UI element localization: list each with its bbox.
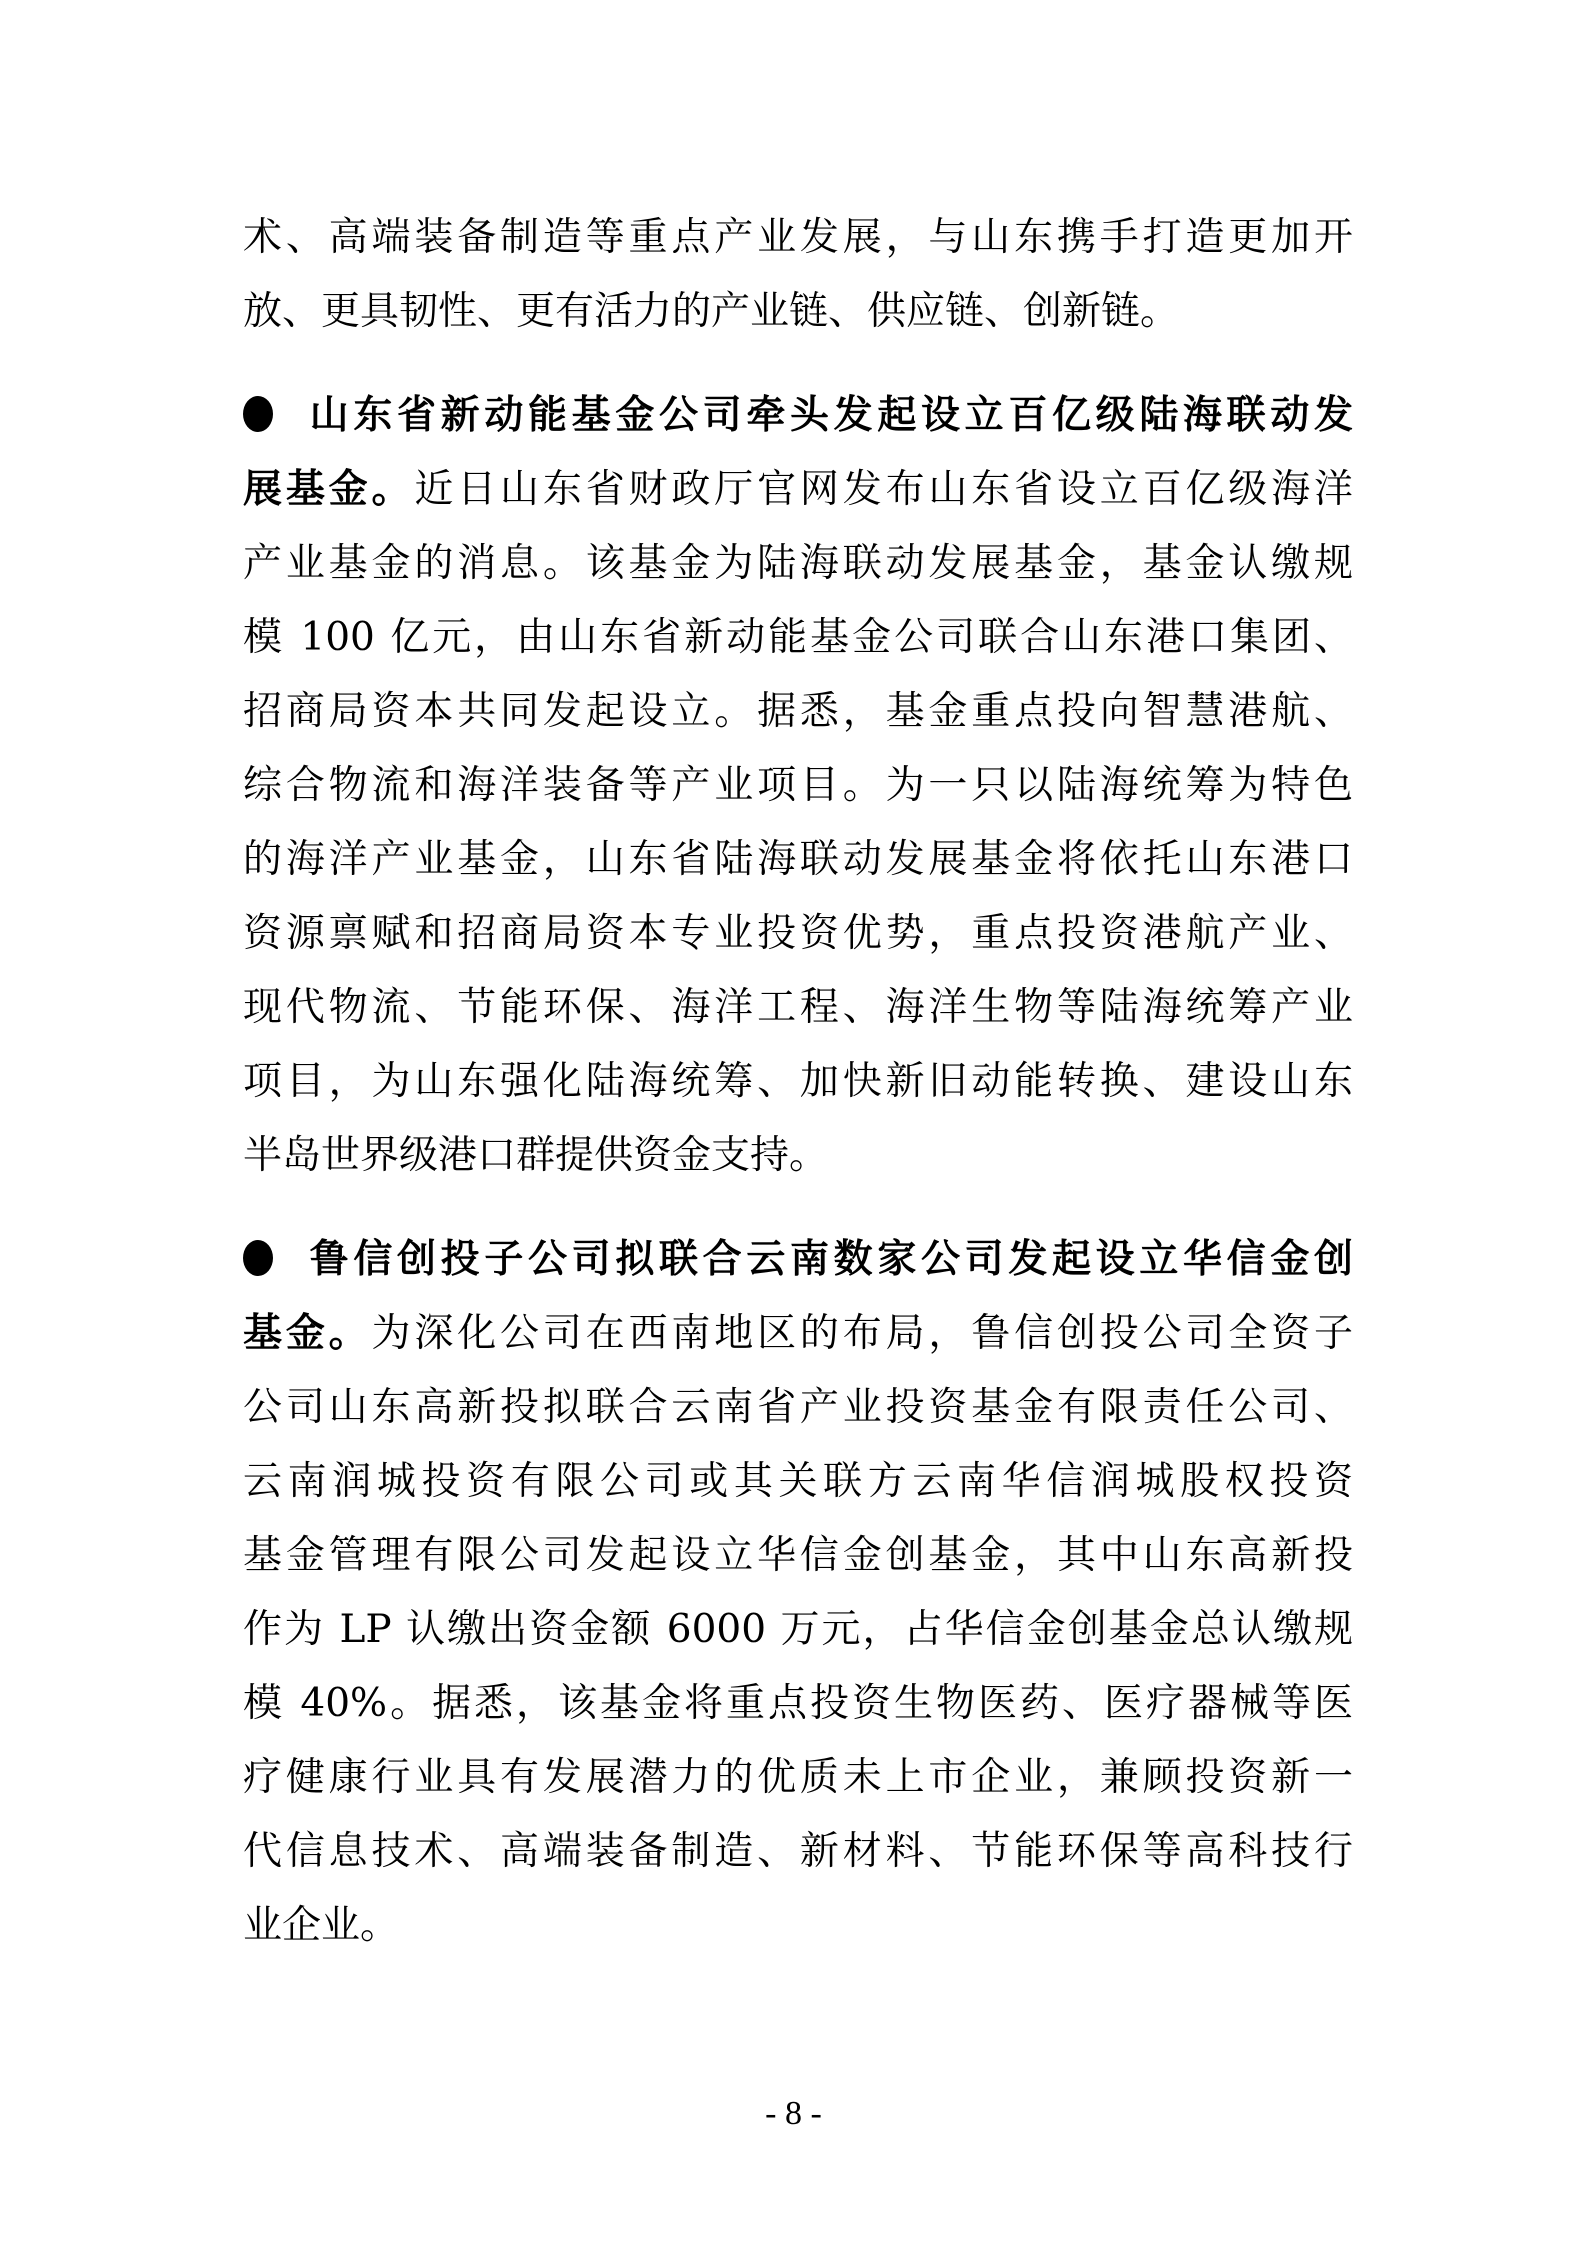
item-1-body-line: 的海洋产业基金，山东省陆海联动发展基金将依托山东港口	[243, 830, 1353, 890]
item-2-body-line: 疗健康行业具有发展潜力的优质未上市企业，兼顾投资新一	[243, 1748, 1353, 1808]
item-1-body-line: 产业基金的消息。该基金为陆海联动发展基金，基金认缴规	[243, 534, 1353, 594]
page-number: - 8 -	[0, 2095, 1587, 2133]
paragraph-line: 放、更具韧性、更有活力的产业链、供应链、创新链。	[243, 282, 1353, 342]
item-1-body-line: 半岛世界级港口群提供资金支持。	[243, 1126, 1353, 1186]
item-2-body-line: 模 40%。据悉，该基金将重点投资生物医药、医疗器械等医	[243, 1674, 1353, 1734]
item-2-title-end: 基金。	[243, 1311, 372, 1356]
item-1-body-start: 近日山东省财政厅官网发布山东省设立百亿级海洋	[414, 467, 1353, 512]
paragraph-line: 术、高端装备制造等重点产业发展，与山东携手打造更加开	[243, 208, 1353, 268]
item-1-body-line: 现代物流、节能环保、海洋工程、海洋生物等陆海统筹产业	[243, 978, 1353, 1038]
item-1-title-line: 山东省新动能基金公司牵头发起设立百亿级陆海联动发	[243, 386, 1353, 446]
item-2-body-line: 代信息技术、高端装备制造、新材料、节能环保等高科技行	[243, 1822, 1353, 1882]
bullet-icon	[243, 396, 273, 432]
item-1-body-line: 项目，为山东强化陆海统筹、加快新旧动能转换、建设山东	[243, 1052, 1353, 1112]
bullet-icon	[243, 1240, 273, 1276]
item-1-title: 山东省新动能基金公司牵头发起设立百亿级陆海联动发	[305, 393, 1353, 438]
item-1-body-line: 模 100 亿元，由山东省新动能基金公司联合山东港口集团、	[243, 608, 1353, 668]
document-page: 术、高端装备制造等重点产业发展，与山东携手打造更加开 放、更具韧性、更有活力的产…	[0, 0, 1587, 2245]
item-1-title-end: 展基金。	[243, 467, 414, 512]
item-2-title-line: 鲁信创投子公司拟联合云南数家公司发起设立华信金创	[243, 1230, 1353, 1290]
item-2-body-start: 为深化公司在西南地区的布局，鲁信创投公司全资子	[372, 1311, 1353, 1356]
item-1-body-line: 综合物流和海洋装备等产业项目。为一只以陆海统筹为特色	[243, 756, 1353, 816]
item-2-body-line: 云南润城投资有限公司或其关联方云南华信润城股权投资	[243, 1452, 1353, 1512]
item-2-body-line: 基金管理有限公司发起设立华信金创基金，其中山东高新投	[243, 1526, 1353, 1586]
item-2-title: 鲁信创投子公司拟联合云南数家公司发起设立华信金创	[305, 1237, 1353, 1282]
item-1-body-line: 招商局资本共同发起设立。据悉，基金重点投向智慧港航、	[243, 682, 1353, 742]
item-1-body-line: 资源禀赋和招商局资本专业投资优势，重点投资港航产业、	[243, 904, 1353, 964]
item-2-body-line: 作为 LP 认缴出资金额 6000 万元，占华信金创基金总认缴规	[243, 1600, 1353, 1660]
item-1-line-2: 展基金。近日山东省财政厅官网发布山东省设立百亿级海洋	[243, 460, 1353, 520]
item-2-line-2: 基金。为深化公司在西南地区的布局，鲁信创投公司全资子	[243, 1304, 1353, 1364]
item-2-body-line: 公司山东高新投拟联合云南省产业投资基金有限责任公司、	[243, 1378, 1353, 1438]
item-2-body-line: 业企业。	[243, 1896, 1353, 1956]
